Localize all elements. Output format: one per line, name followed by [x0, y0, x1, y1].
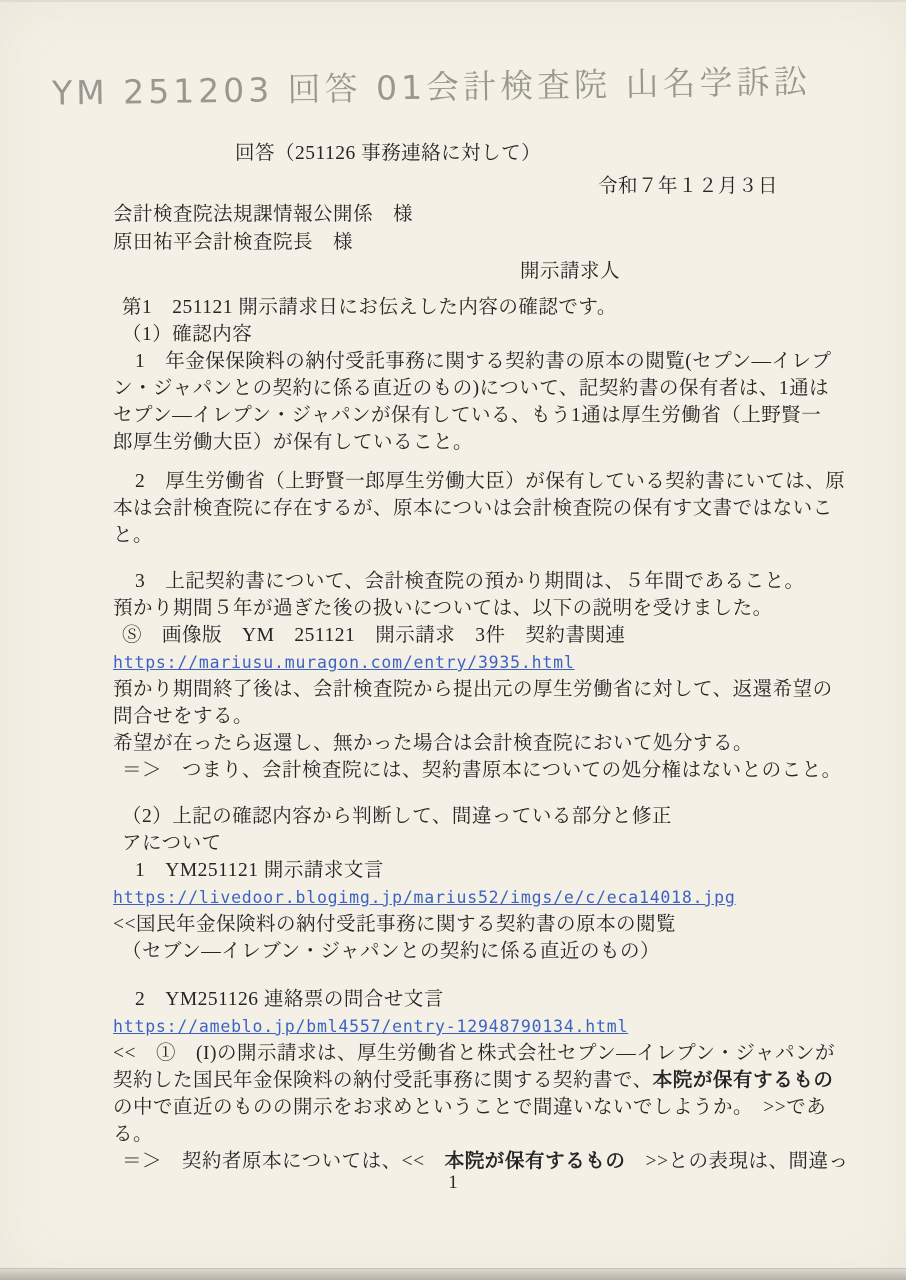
paragraph-1-line: セプン―イレプン・ジャパンが保有している、もう1通は厚生労働省（上野賢一: [113, 402, 833, 429]
paragraph-1-line: ン・ジャパンとの契約に係る直近のもの)について、記契約書の保有者は、1通は: [113, 375, 833, 402]
livedoor-image-link[interactable]: https://livedoor.blogimg.jp/marius52/img…: [113, 888, 736, 907]
paragraph-2-line: と。: [113, 522, 833, 549]
conclusion-bold-text: 本院が保有するもの: [445, 1151, 626, 1172]
conclusion-arrow-line: ＝＞ 契約者原本については、<< 本院が保有するもの >>との表現は、間違っ: [122, 1148, 833, 1175]
subsection-2-heading: （2）上記の確認内容から判断して、間違っている部分と修正: [122, 803, 833, 830]
paragraph-2-line: 本は会計検査院に存在するが、原本についは会計検査院の保有す文書ではないこ: [113, 495, 833, 522]
paragraph-gap: [113, 784, 833, 803]
sender-label: 開示請求人: [520, 258, 833, 285]
ameblo-entry-link[interactable]: https://ameblo.jp/bml4557/entry-12948790…: [113, 1017, 628, 1036]
subsection-1-heading: （1）確認内容: [122, 321, 833, 348]
paragraph-gap: [113, 456, 833, 468]
scanned-document-page: YM 251203 回答 01会計検査院 山名学訴訟 回答（251126 事務連…: [0, 0, 906, 1280]
quote-line: 契約した国民年金保険料の納付受託事務に関する契約書で、本院が保有するもの: [113, 1067, 833, 1094]
paragraph-3-line: 預かり期間５年が過ぎた後の扱いについては、以下の説明を受けました。: [113, 595, 833, 622]
quote-line: る。: [113, 1121, 833, 1148]
quote-bold-text: 本院が保有するもの: [653, 1070, 834, 1091]
quote-line: （セブン―イレブン・ジャパンとの契約に係る直近のもの）: [122, 938, 833, 965]
paragraph-3-line: 3 上記契約書について、会計検査院の預かり期間は、５年間であること。: [135, 568, 833, 595]
paragraph-3-line: 希望が在ったら返還し、無かった場合は会計検査院において処分する。: [113, 730, 833, 757]
paragraph-1-line: 1 年金保保険料の納付受託事務に関する契約書の原本の閲覧(セプン―イレプ: [135, 348, 833, 375]
scan-edge-top: [0, 0, 906, 2]
conclusion-text: >>との表現は、間違っ: [626, 1151, 849, 1172]
subsection-2-line: アについて: [122, 830, 833, 857]
recipient-line-1: 会計検査院法規課情報公開係 様: [113, 201, 833, 228]
quote-line: <<国民年金保険料の納付受託事務に関する契約書の原本の閲覧: [113, 911, 833, 938]
document-body: 回答（251126 事務連絡に対して） 令和７年１２月３日 会計検査院法規課情報…: [113, 140, 833, 1175]
quote-text: 契約した国民年金保険料の納付受託事務に関する契約書で、: [113, 1070, 653, 1091]
paragraph-2-line: 2 厚生労働省（上野賢一郎厚生労働大臣）が保有している契約書にいては、原: [135, 468, 833, 495]
document-title: 回答（251126 事務連絡に対して）: [235, 140, 833, 167]
section-1-heading: 第1 251121 開示請求日にお伝えした内容の確認です。: [122, 294, 833, 321]
quote-line: の中で直近のものの開示をお求めということで間違いないでしようか。 >>であ: [113, 1094, 833, 1121]
conclusion-arrow-line: ＝＞ つまり、会計検査院には、契約書原本についての処分権はないとのこと。: [122, 757, 833, 784]
handwritten-note: YM 251203 回答 01会計検査院 山名学訴訟: [52, 56, 773, 114]
muragon-entry-link[interactable]: https://mariusu.muragon.com/entry/3935.h…: [113, 653, 575, 672]
item-2-heading: 2 YM251126 連絡票の問合せ文言: [135, 986, 833, 1013]
paragraph-1-line: 郎厚生労働大臣）が保有していること。: [113, 429, 833, 456]
recipient-line-2: 原田祐平会計検査院長 様: [113, 229, 833, 256]
document-date: 令和７年１２月３日: [598, 173, 833, 200]
paragraph-3-line: 問合せをする。: [113, 703, 833, 730]
conclusion-text: ＝＞ 契約者原本については、<<: [122, 1151, 445, 1172]
page-number: 1: [0, 1172, 906, 1194]
paragraph-3-line: 預かり期間終了後は、会計検査院から提出元の厚生労働省に対して、返還希望の: [113, 676, 833, 703]
image-reference-line: Ⓢ 画像版 YM 251121 開示請求 3件 契約書関連: [122, 622, 833, 649]
item-1-heading: 1 YM251121 開示請求文言: [135, 857, 833, 884]
paragraph-gap: [113, 549, 833, 568]
scan-edge-bottom: [0, 1268, 906, 1280]
paragraph-gap: [113, 965, 833, 986]
quote-line: << ① (I)の開示請求は、厚生労働省と株式会社セプン―イレプン・ジャパンが: [113, 1040, 833, 1067]
